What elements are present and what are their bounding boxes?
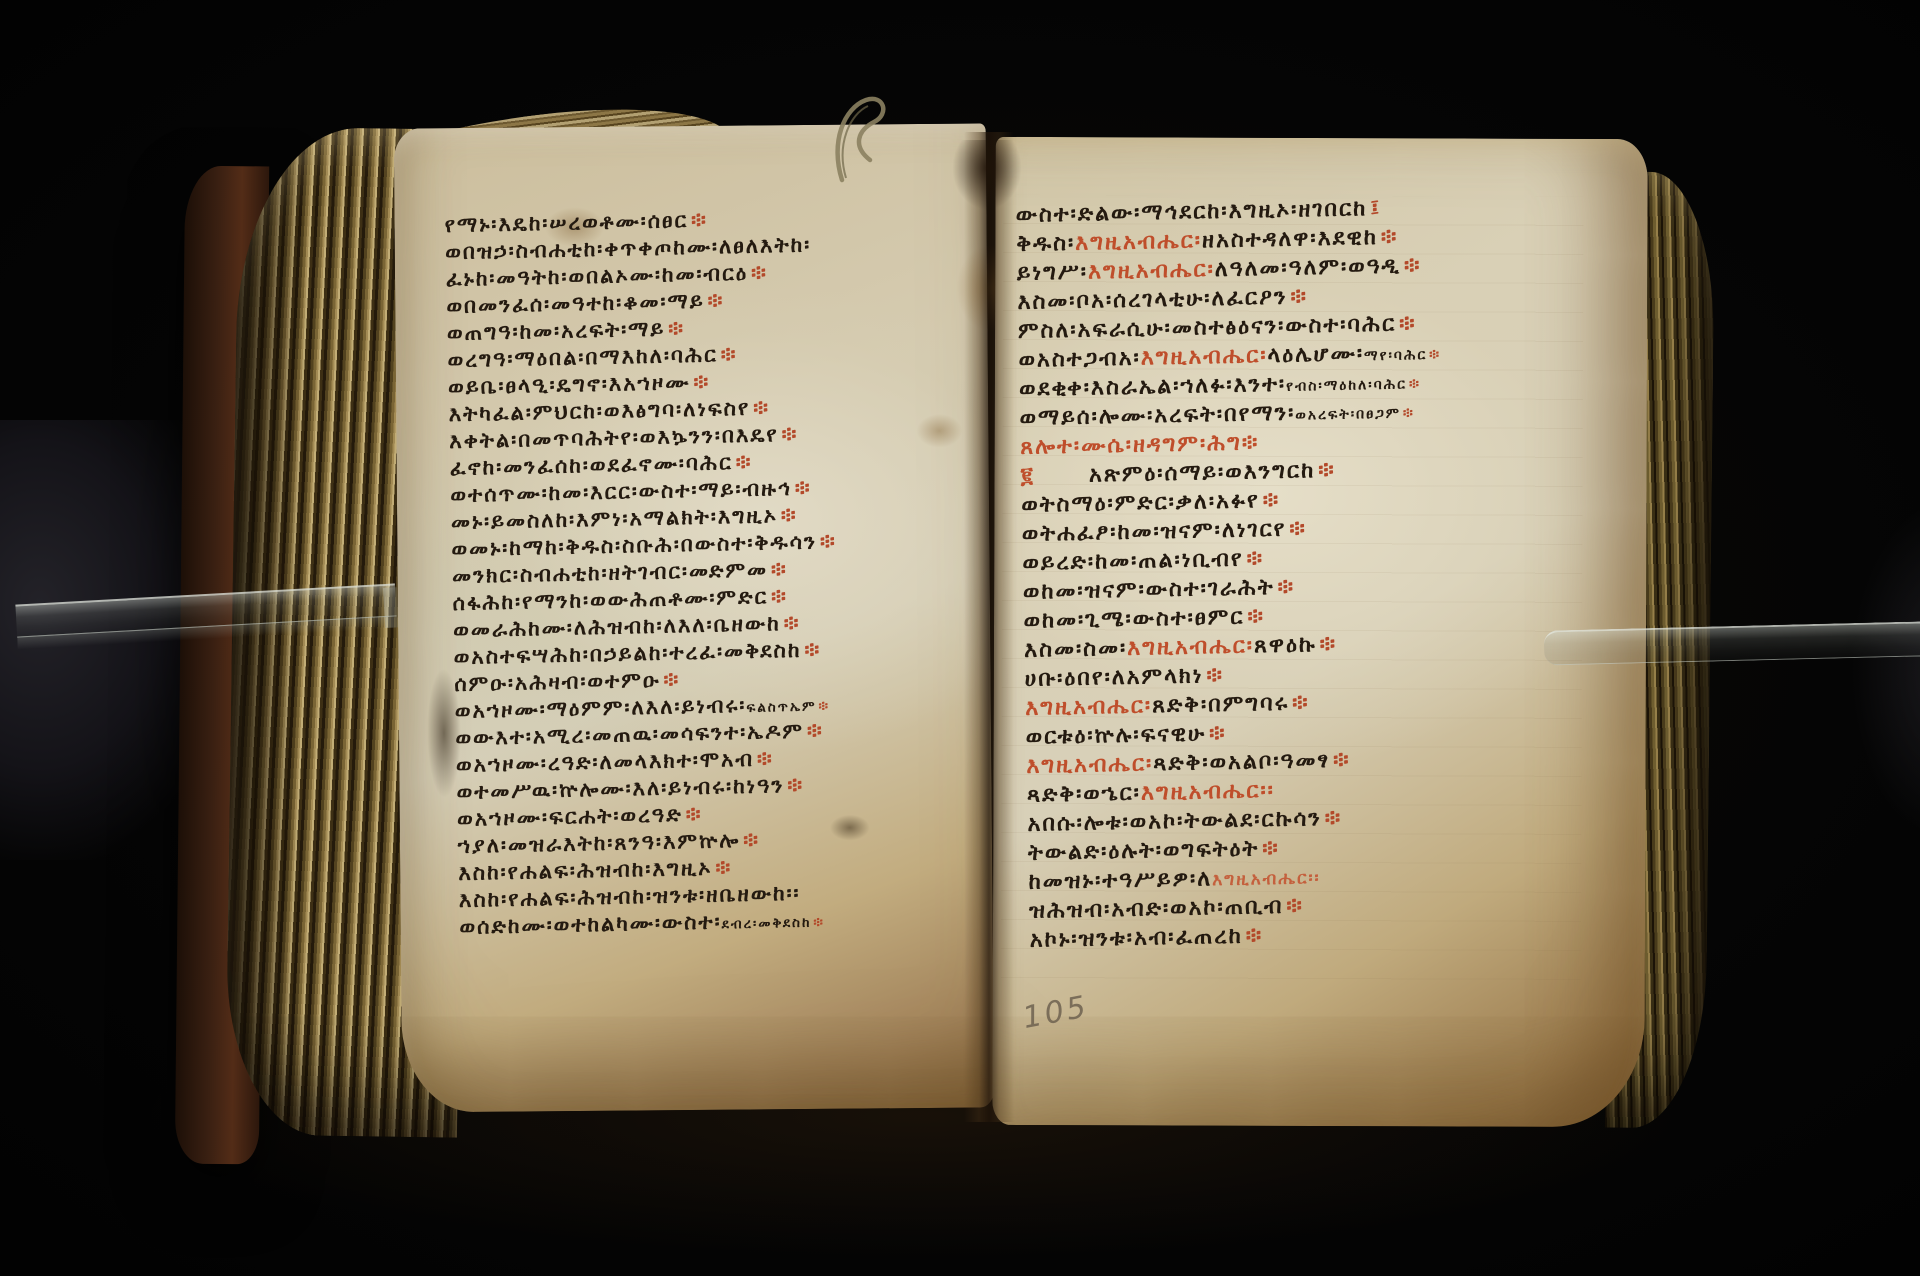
binding-thread [828,80,908,190]
left-page: የማኑ፡እዴከ፡ሠረወቶሙ፡ሰፀር፨ወበዝኃ፡ስብሐቲከ፡ቀጥቀጦከሙ፡ለፀለእ… [394,123,995,1112]
manuscript-photograph: የማኑ፡እዴከ፡ሠረወቶሙ፡ሰፀር፨ወበዝኃ፡ስብሐቲከ፡ቀጥቀጦከሙ፡ለፀለእ… [0,0,1920,1276]
parchment-stain [916,414,962,448]
left-page-text: የማኑ፡እዴከ፡ሠረወቶሙ፡ሰፀር፨ወበዝኃ፡ስብሐቲከ፡ቀጥቀጦከሙ፡ለፀለእ… [444,204,845,941]
binding-dark-spot [952,140,1022,210]
folio-number-pencil: 105 [1020,989,1092,1036]
shadow-shape-right [1850,500,1920,840]
right-page-text: ውስተ፡ድልው፡ማኅደርከ፡እግዚኦ፡ዘገበርከ፤ቅዱስ፡እግዚአብሔር፡ዘአስ… [1016,193,1453,955]
book-gutter [964,132,1014,1122]
